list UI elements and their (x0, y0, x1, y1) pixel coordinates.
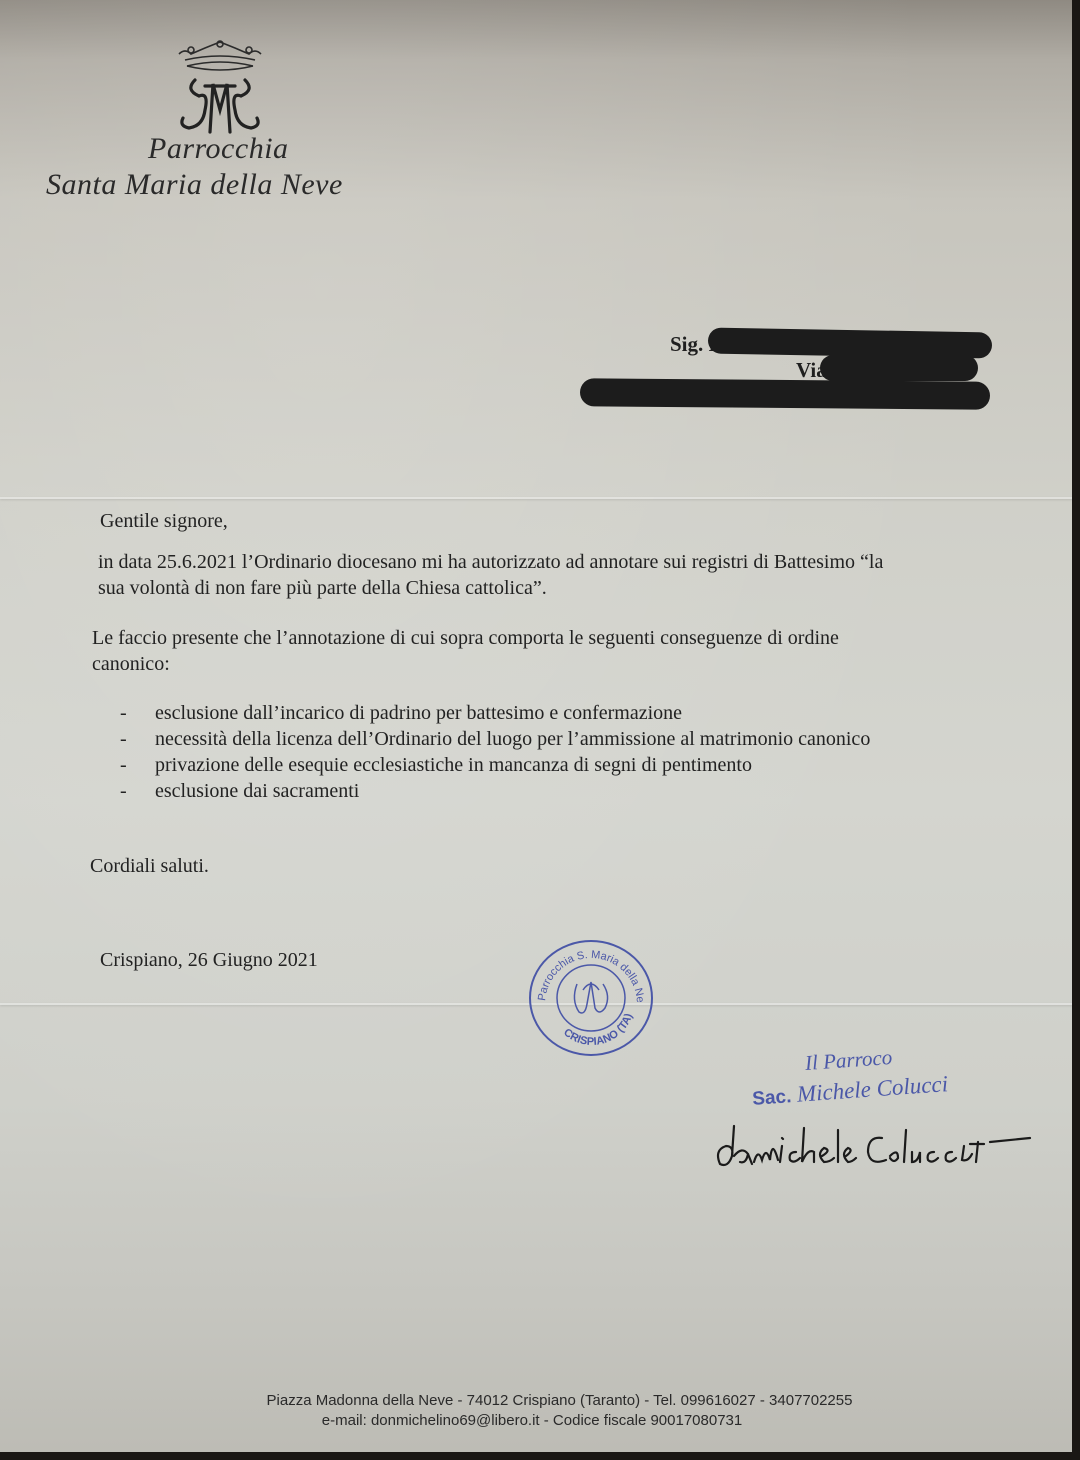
svg-text:Parrocchia S. Maria della Neve: Parrocchia S. Maria della Neve - (527, 938, 646, 1003)
place-date: Crispiano, 26 Giugno 2021 (100, 947, 318, 973)
signature-title: Il Parroco (804, 1045, 893, 1076)
paragraph-line: canonico: (92, 651, 839, 677)
monogram-icon (574, 982, 607, 1013)
bullet-dash: - (120, 726, 127, 752)
bullet-dash: - (120, 778, 127, 804)
list-item: -esclusione dall’incarico di padrino per… (120, 700, 870, 726)
paragraph-line: in data 25.6.2021 l’Ordinario diocesano … (98, 549, 883, 575)
signature-name-stamp: Sac. Michele Colucci (751, 1071, 949, 1111)
list-item-text: privazione delle esequie ecclesiastiche … (155, 754, 752, 776)
paragraph-consequences-intro: Le faccio presente che l’annotazione di … (92, 625, 839, 677)
paragraph-authorization: in data 25.6.2021 l’Ordinario diocesano … (98, 549, 883, 601)
closing: Cordiali saluti. (90, 853, 209, 879)
footer-address: Piazza Madonna della Neve - 74012 Crispi… (55, 1391, 1064, 1411)
stamp-ring-top: Parrocchia S. Maria della Neve - (527, 938, 646, 1003)
list-item-text: necessità della licenza dell’Ordinario d… (155, 728, 870, 750)
letter-page: Parrocchia Santa Maria della Neve Sig. R… (0, 0, 1072, 1452)
parish-stamp-icon: Parrocchia S. Maria della Neve - CRISPIA… (527, 938, 655, 1058)
handwritten-signature-icon (712, 1116, 1042, 1178)
greeting: Gentile signore, (100, 508, 228, 534)
redaction-bar (820, 355, 978, 381)
footer-contact: e-mail: donmichelino69@libero.it - Codic… (0, 1411, 1064, 1431)
paragraph-line: Le faccio presente che l’annotazione di … (92, 625, 839, 651)
bullet-dash: - (120, 752, 127, 778)
list-item-text: esclusione dall’incarico di padrino per … (155, 702, 682, 724)
letter-footer: Piazza Madonna della Neve - 74012 Crispi… (0, 1391, 1064, 1431)
crowned-monogram-icon (165, 40, 275, 140)
signature-name: Michele Colucci (796, 1071, 949, 1106)
paragraph-line: sua volontà di non fare più parte della … (98, 575, 883, 601)
redaction-bar (580, 378, 990, 410)
redaction-bar (708, 328, 992, 359)
paper-fold-line (0, 497, 1072, 499)
list-item: -necessità della licenza dell’Ordinario … (120, 726, 870, 752)
consequences-list: -esclusione dall’incarico di padrino per… (120, 700, 870, 804)
list-item: -esclusione dai sacramenti (120, 778, 870, 804)
parish-label: Parrocchia (148, 132, 289, 166)
signature-prefix: Sac. (752, 1086, 792, 1110)
parish-name: Santa Maria della Neve (46, 168, 343, 202)
list-item-text: esclusione dai sacramenti (155, 780, 359, 802)
bullet-dash: - (120, 700, 127, 726)
list-item: -privazione delle esequie ecclesiastiche… (120, 752, 870, 778)
